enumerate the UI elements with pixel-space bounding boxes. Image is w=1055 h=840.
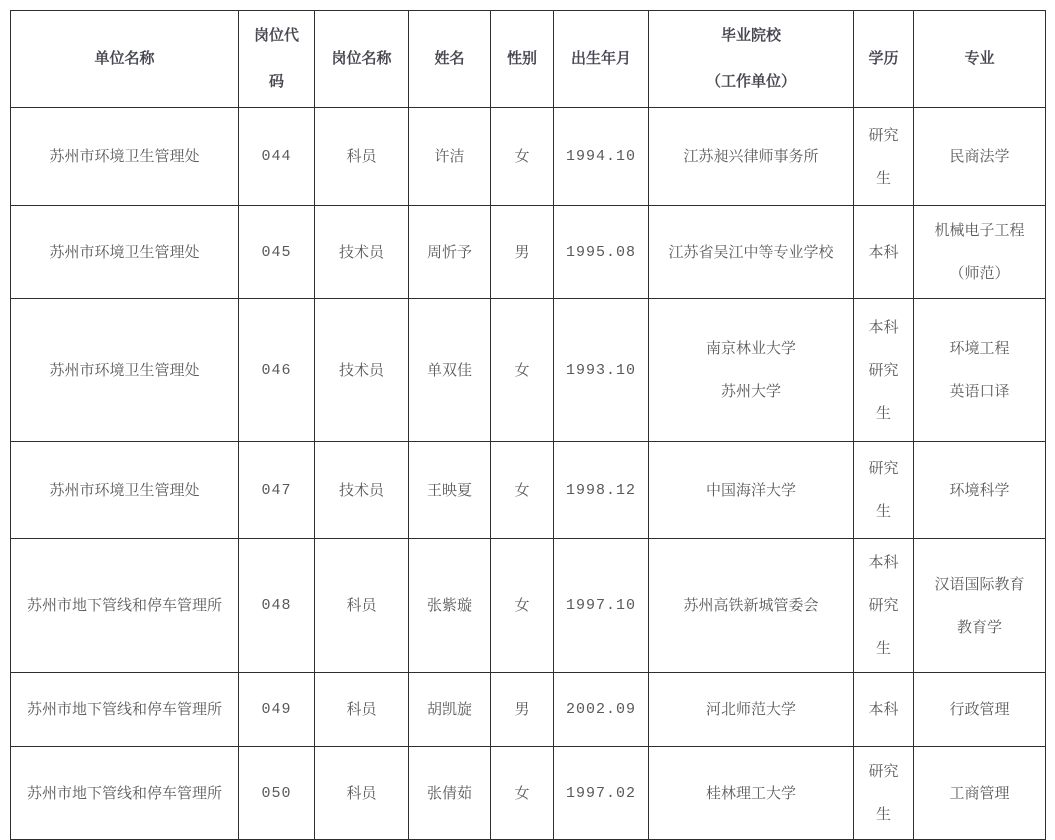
cell-unit: 苏州市地下管线和停车管理所 bbox=[11, 539, 239, 673]
cell-name: 许洁 bbox=[409, 108, 491, 206]
cell-code: 050 bbox=[239, 747, 315, 840]
table-row: 苏州市环境卫生管理处 046 技术员 单双佳 女 1993.10 南京林业大学 … bbox=[11, 299, 1046, 442]
column-header-school: 毕业院校 （工作单位） bbox=[649, 11, 854, 108]
cell-degree: 研究 生 bbox=[854, 442, 914, 539]
cell-unit: 苏州市环境卫生管理处 bbox=[11, 442, 239, 539]
cell-code: 047 bbox=[239, 442, 315, 539]
cell-birth: 1997.02 bbox=[554, 747, 649, 840]
cell-gender: 男 bbox=[491, 673, 554, 747]
cell-name: 胡凯旋 bbox=[409, 673, 491, 747]
cell-position: 技术员 bbox=[315, 442, 409, 539]
cell-degree: 本科 研究 生 bbox=[854, 299, 914, 442]
table-row: 苏州市地下管线和停车管理所 049 科员 胡凯旋 男 2002.09 河北师范大… bbox=[11, 673, 1046, 747]
cell-major: 机械电子工程 （师范） bbox=[914, 206, 1046, 299]
cell-position: 技术员 bbox=[315, 299, 409, 442]
cell-name: 王映夏 bbox=[409, 442, 491, 539]
cell-gender: 女 bbox=[491, 299, 554, 442]
cell-birth: 1993.10 bbox=[554, 299, 649, 442]
table-row: 苏州市地下管线和停车管理所 050 科员 张倩茹 女 1997.02 桂林理工大… bbox=[11, 747, 1046, 840]
cell-degree: 本科 研究 生 bbox=[854, 539, 914, 673]
document-page: 单位名称 岗位代 码 岗位名称 姓名 性别 出生年月 毕业院校 （工作单位） 学… bbox=[0, 0, 1055, 837]
cell-birth: 1994.10 bbox=[554, 108, 649, 206]
cell-gender: 女 bbox=[491, 539, 554, 673]
cell-major: 行政管理 bbox=[914, 673, 1046, 747]
cell-birth: 1995.08 bbox=[554, 206, 649, 299]
cell-code: 046 bbox=[239, 299, 315, 442]
cell-major: 工商管理 bbox=[914, 747, 1046, 840]
column-header-gender: 性别 bbox=[491, 11, 554, 108]
cell-position: 科员 bbox=[315, 108, 409, 206]
cell-major: 民商法学 bbox=[914, 108, 1046, 206]
cell-name: 张倩茹 bbox=[409, 747, 491, 840]
cell-position: 技术员 bbox=[315, 206, 409, 299]
table-row: 苏州市环境卫生管理处 047 技术员 王映夏 女 1998.12 中国海洋大学 … bbox=[11, 442, 1046, 539]
cell-code: 045 bbox=[239, 206, 315, 299]
cell-name: 张紫璇 bbox=[409, 539, 491, 673]
cell-position: 科员 bbox=[315, 539, 409, 673]
table-row: 苏州市环境卫生管理处 045 技术员 周忻予 男 1995.08 江苏省吴江中等… bbox=[11, 206, 1046, 299]
column-header-major: 专业 bbox=[914, 11, 1046, 108]
cell-gender: 女 bbox=[491, 108, 554, 206]
table-row: 苏州市地下管线和停车管理所 048 科员 张紫璇 女 1997.10 苏州高铁新… bbox=[11, 539, 1046, 673]
cell-unit: 苏州市环境卫生管理处 bbox=[11, 206, 239, 299]
cell-birth: 2002.09 bbox=[554, 673, 649, 747]
cell-code: 048 bbox=[239, 539, 315, 673]
cell-position: 科员 bbox=[315, 673, 409, 747]
cell-unit: 苏州市地下管线和停车管理所 bbox=[11, 747, 239, 840]
cell-school: 苏州高铁新城管委会 bbox=[649, 539, 854, 673]
column-header-unit: 单位名称 bbox=[11, 11, 239, 108]
column-header-position: 岗位名称 bbox=[315, 11, 409, 108]
cell-gender: 男 bbox=[491, 206, 554, 299]
cell-gender: 女 bbox=[491, 747, 554, 840]
cell-degree: 研究 生 bbox=[854, 108, 914, 206]
column-header-code: 岗位代 码 bbox=[239, 11, 315, 108]
header-row: 单位名称 岗位代 码 岗位名称 姓名 性别 出生年月 毕业院校 （工作单位） 学… bbox=[11, 11, 1046, 108]
cell-name: 单双佳 bbox=[409, 299, 491, 442]
cell-birth: 1998.12 bbox=[554, 442, 649, 539]
cell-school: 桂林理工大学 bbox=[649, 747, 854, 840]
cell-code: 049 bbox=[239, 673, 315, 747]
cell-major: 汉语国际教育 教育学 bbox=[914, 539, 1046, 673]
recruitment-table: 单位名称 岗位代 码 岗位名称 姓名 性别 出生年月 毕业院校 （工作单位） 学… bbox=[10, 10, 1046, 840]
cell-unit: 苏州市环境卫生管理处 bbox=[11, 108, 239, 206]
cell-major: 环境科学 bbox=[914, 442, 1046, 539]
cell-school: 南京林业大学 苏州大学 bbox=[649, 299, 854, 442]
cell-birth: 1997.10 bbox=[554, 539, 649, 673]
cell-gender: 女 bbox=[491, 442, 554, 539]
cell-degree: 研究 生 bbox=[854, 747, 914, 840]
table-row: 苏州市环境卫生管理处 044 科员 许洁 女 1994.10 江苏昶兴律师事务所… bbox=[11, 108, 1046, 206]
cell-school: 江苏省吴江中等专业学校 bbox=[649, 206, 854, 299]
cell-school: 河北师范大学 bbox=[649, 673, 854, 747]
column-header-degree: 学历 bbox=[854, 11, 914, 108]
cell-code: 044 bbox=[239, 108, 315, 206]
cell-major: 环境工程 英语口译 bbox=[914, 299, 1046, 442]
cell-degree: 本科 bbox=[854, 206, 914, 299]
column-header-name: 姓名 bbox=[409, 11, 491, 108]
cell-degree: 本科 bbox=[854, 673, 914, 747]
column-header-birth: 出生年月 bbox=[554, 11, 649, 108]
cell-school: 江苏昶兴律师事务所 bbox=[649, 108, 854, 206]
cell-unit: 苏州市环境卫生管理处 bbox=[11, 299, 239, 442]
cell-unit: 苏州市地下管线和停车管理所 bbox=[11, 673, 239, 747]
cell-position: 科员 bbox=[315, 747, 409, 840]
cell-name: 周忻予 bbox=[409, 206, 491, 299]
cell-school: 中国海洋大学 bbox=[649, 442, 854, 539]
